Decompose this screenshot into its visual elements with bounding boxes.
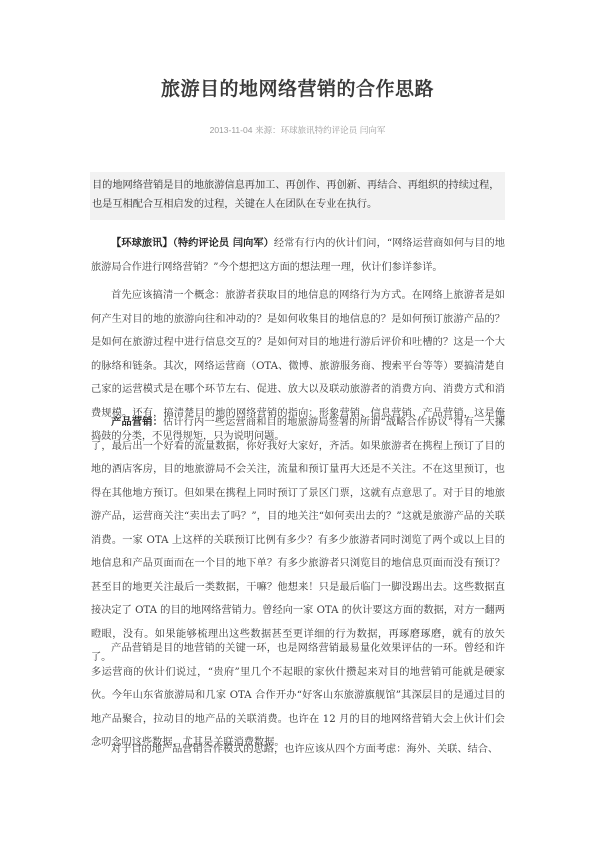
paragraph-cooperation-model: 对于目的地产品营销合作模式的思路，也许应该从四个方面考虑：海外、关联、结合、 [91,738,505,762]
document-page: 旅游目的地网络营销的合作思路 2013-11-04 来源：环球旅讯特约评论员 闫… [0,0,595,842]
article-meta: 2013-11-04 来源：环球旅讯特约评论员 闫向军 [0,124,595,136]
summary-text: 目的地网络营销是目的地旅游信息再加工、再创作、再创新、再结合、再组织的持续过程，… [92,180,500,210]
source-author: 环球旅讯特约评论员 闫向军 [281,126,386,136]
intro-lead: 【环球旅讯】（特约评论员 闫向军） [111,237,274,249]
source-label: 来源： [255,126,281,136]
paragraph-text: 估计行内一些运营商和目的地旅游局签署的所谓“战略合作协议”得有一大摞了，最后出一… [91,417,505,663]
article-summary-box: 目的地网络营销是目的地旅游信息再加工、再创作、再创新、再结合、再组织的持续过程，… [90,172,505,220]
publish-date: 2013-11-04 [210,125,253,135]
product-marketing-lead: 产品营销： [111,416,163,428]
paragraph-intro: 【环球旅讯】（特约评论员 闫向军）经常有行内的伙计们问，“网络运营商如何与目的地… [91,232,505,279]
paragraph-key-link: 产品营销是目的地营销的关键一环，也是网络营销最易量化效果评估的一环。曾经和许多运… [91,637,505,755]
article-title: 旅游目的地网络营销的合作思路 [0,74,595,101]
paragraph-text: 产品营销是目的地营销的关键一环，也是网络营销最易量化效果评估的一环。曾经和许多运… [91,643,505,748]
paragraph-text: 对于目的地产品营销合作模式的思路，也许应该从四个方面考虑：海外、关联、结合、 [111,744,498,755]
paragraph-product-marketing: 产品营销：估计行内一些运营商和目的地旅游局签署的所谓“战略合作协议”得有一大摞了… [91,411,505,670]
